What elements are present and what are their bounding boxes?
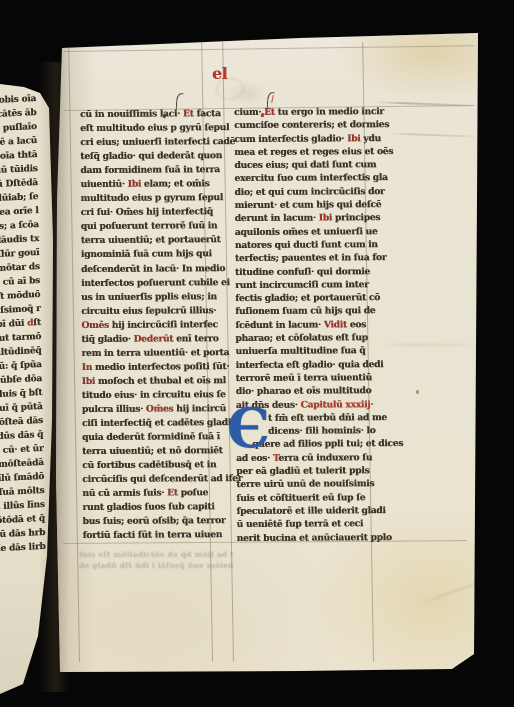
manuscript-page: el cū in nouiſſimis laci· Et factaeſt mu…	[0, 0, 514, 707]
facing-page-text: ūt ēa q̄ lobis oīargula mcātēs āb· Tūc p…	[0, 92, 46, 560]
ruling-line-header	[64, 45, 474, 52]
text-line: deſcenderūt in lacū· In medio	[81, 262, 217, 277]
text-line: uiuentiū· Ibi elam; et om̄is	[80, 177, 216, 192]
ink-smudge	[226, 80, 268, 106]
text-line: fuſionem ſuam cū hijs qui de	[235, 305, 379, 319]
text-line: cumciſoe contereris; et dormies	[234, 118, 378, 132]
text-line: cū fortibus cadētibusq̄ et in	[82, 458, 218, 473]
text-line: fectis gladio; et portauerūt cō	[235, 291, 379, 305]
show-through-text: de gladū dſt ūdi i lāſusq̄ ūue mōied	[79, 560, 217, 571]
text-line: eſt multitudo eius p gyrū ſepul	[80, 121, 216, 136]
text-line: pharao; et cōſolatus eſt ſup	[235, 331, 379, 345]
text-line: runt gladios ſuos ſub capiti	[82, 500, 218, 515]
vellum-crease	[422, 578, 488, 604]
illuminated-initial-E: Є	[227, 408, 270, 448]
text-line: runt incircumciſi cum inter	[235, 278, 379, 292]
text-line: exercitu ſuo cum interfectis gla	[234, 172, 378, 186]
text-line: dam formidinem ſuā in terra	[80, 163, 216, 178]
text-line: multitudo eius p gyrum ſepul	[81, 191, 217, 206]
text-line: cū in nouiſſimis laci· Et facta	[80, 107, 216, 122]
text-line: interfecta eſt gladio· quia dedi	[236, 358, 380, 372]
text-line: circuitu eius ſepulcrū illius·	[81, 304, 217, 319]
text-line: cri eius; uniuerſi interfecti cadē	[80, 135, 216, 150]
text-line: uniuerſa multitudine ſua q̄	[235, 344, 379, 358]
text-line: tiq̄ gladio· Dederūt enī terro	[81, 332, 217, 347]
text-line: interfectos poſuerunt cubile ei	[81, 276, 217, 291]
vellum-crease	[380, 344, 477, 346]
text-line: terra uiuentiū; et nō dormiēt	[82, 444, 218, 459]
vellum-crease	[386, 132, 478, 137]
text-line: aquilonis om̄es et uniuerſi ue	[235, 225, 379, 239]
text-line: s: quīe dās lirb	[0, 540, 46, 561]
text-line: titudo eius· in circuitu eius ſe	[82, 388, 218, 403]
text-line: cium· Et tu ergo in medio incir	[234, 105, 378, 119]
text-line: rem in terra uiuentiū· et porta	[81, 346, 217, 361]
text-line: cum interfectis gladio· Ibi ydu	[234, 132, 378, 146]
text-line: terrorē meū ī terra uiuentiū	[236, 371, 380, 385]
text-line: ciſi interfectiq̄ et cadētes gladio;	[82, 416, 218, 431]
text-line: terre uirū unū de nouiſsimis	[236, 477, 380, 491]
text-line: qui poſuerunt terrorē ſuū in	[81, 220, 217, 235]
show-through-text: ſuis eſt mōliadictōe de q̄d mōli ad t	[79, 549, 217, 560]
text-line: mierunt· et cum hijs qui deſcē	[235, 198, 379, 212]
text-line: derunt in lacum· Ibi principes	[235, 211, 379, 225]
text-line: nerit bucina et anūciauerit pplo	[237, 531, 381, 545]
text-line: Ibi moſoch et thubal et oīs ml	[82, 374, 218, 389]
photo-open-manuscript: ūt ēa q̄ lobis oīargula mcātēs āb· Tūc p…	[0, 0, 514, 707]
text-line: bus ſuis; eorū oſsib; q̄a terror	[82, 515, 218, 530]
text-line: Omēs hij incircūciſi interfec	[81, 318, 217, 333]
text-line: ignominiā ſuā cum hijs qui	[81, 248, 217, 263]
text-line: ſuis et cōſtituerit eū ſup ſe	[236, 491, 380, 505]
text-line: fortiū facti ſūt in terra uiuen	[83, 529, 219, 544]
text-column-left: cū in nouiſſimis laci· Et factaeſt multi…	[80, 107, 219, 543]
text-line: ſcēdunt in lacum· Vidit eos	[235, 318, 379, 332]
text-line: quia dederūt formidinē ſuā ī	[82, 430, 218, 445]
text-line: mea et reges et reges eius et oēs	[234, 145, 378, 159]
text-line: terfectis; pauentes et in ſua for	[235, 251, 379, 265]
text-line: per eā gladiū et tulerit ppls	[236, 464, 380, 478]
text-line: pulcra illius· Om̄es hij incircū	[82, 402, 218, 417]
text-column-right: cium· Et tu ergo in medio incircumciſoe …	[234, 105, 381, 545]
text-line: In medio interfectos poſiti ſūt·	[82, 360, 218, 375]
text-line: us in uniuerſis pplis eius; in	[81, 290, 217, 305]
running-title: el	[212, 64, 227, 83]
stain-speck	[416, 390, 419, 394]
text-line: terra uiuentiū; et portauerūt	[81, 234, 217, 249]
text-line: duces eius; qui dati ſunt cum	[234, 158, 378, 172]
text-line: titudine confuſi· qui dormie	[235, 265, 379, 279]
text-line: ſpeculatorē et ille uiderit gladi	[236, 504, 380, 518]
text-line: natores qui ducti ſunt cum in	[235, 238, 379, 252]
text-line: cri ſui· Om̄es hij interfectiq̄	[81, 205, 217, 220]
text-line: teſq̄ gladio· qui dederāt quon	[80, 149, 216, 164]
text-line: ū ueniētē ſup terrā et ceci	[237, 517, 381, 531]
text-line: circūciſis qui deſcenderūt ad ifer	[82, 472, 218, 487]
text-line: dio; et qui cum incircūciſis dor	[234, 185, 378, 199]
text-line: nū cū armis ſuis· Et poſue	[82, 486, 218, 501]
